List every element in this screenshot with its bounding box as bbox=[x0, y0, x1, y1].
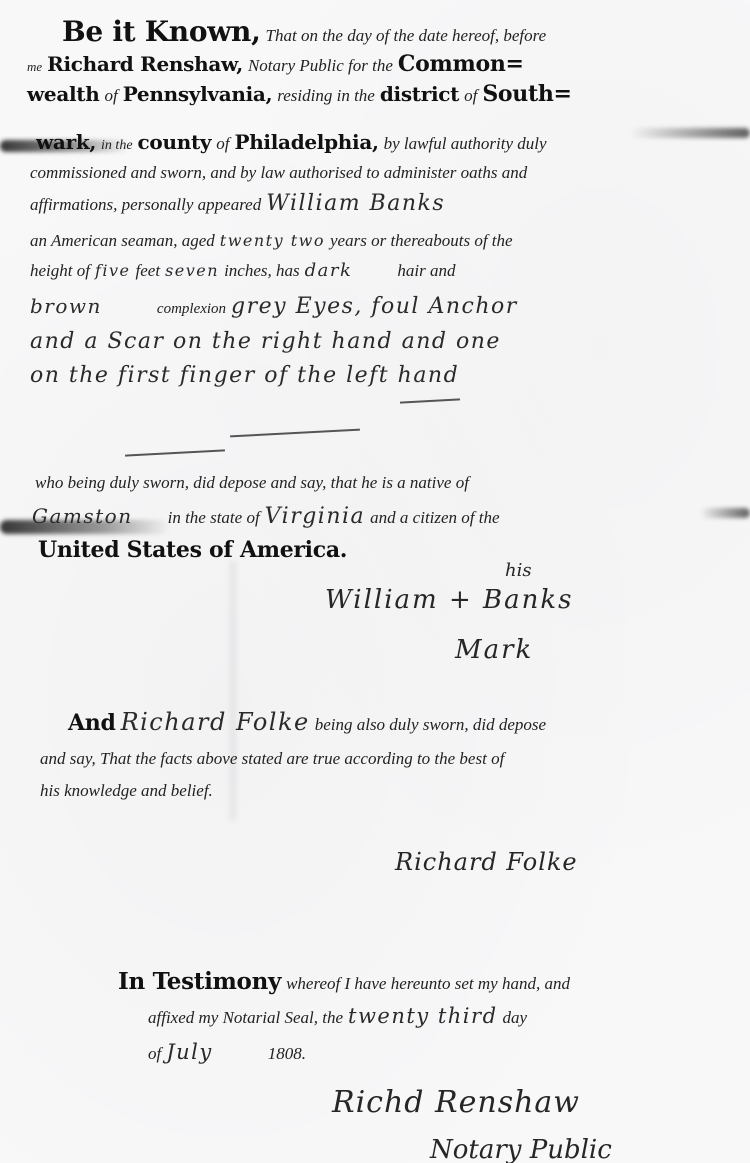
year-text: 1808. bbox=[268, 1044, 306, 1063]
appearer-name-handwritten: William Banks bbox=[266, 191, 445, 216]
preamble-text: affirmations, personally appeared bbox=[30, 195, 261, 214]
preamble-line-5: commissioned and sworn, and by law autho… bbox=[30, 160, 527, 185]
mark-signature-his: his bbox=[505, 560, 532, 581]
mark-signature-name: William + Banks bbox=[325, 585, 573, 615]
preamble-text: hair and bbox=[397, 261, 455, 280]
notary-signature: Richd Renshaw bbox=[332, 1085, 580, 1120]
height-inches-handwritten: seven bbox=[165, 261, 219, 280]
preamble-text: feet bbox=[136, 261, 161, 280]
preamble-line-3: wealth of Pennsylvania, residing in the … bbox=[27, 82, 572, 108]
paper-fold-shadow bbox=[230, 560, 236, 820]
notary-name: Richard Renshaw, bbox=[47, 52, 243, 76]
native-state-handwritten: Virginia bbox=[265, 504, 366, 529]
deposition-line-3: United States of America. bbox=[38, 538, 347, 563]
state-name: Pennsylvania, bbox=[123, 82, 273, 106]
mark-signature-mark: Mark bbox=[455, 635, 533, 665]
testimony-text: affixed my Notarial Seal, the bbox=[148, 1008, 343, 1027]
native-place-handwritten: Gamston bbox=[32, 504, 133, 528]
preamble-blackletter: county bbox=[138, 130, 212, 154]
preamble-blackletter: wealth bbox=[27, 82, 99, 106]
preamble-text: commissioned and sworn, and by law autho… bbox=[30, 163, 527, 182]
witness-text: his knowledge and belief. bbox=[40, 781, 213, 800]
witness-name-handwritten: Richard Folke bbox=[121, 708, 310, 736]
preamble-text: inches, has bbox=[224, 261, 300, 280]
deposition-text: and a citizen of the bbox=[370, 508, 499, 527]
witness-line-3: his knowledge and belief. bbox=[40, 778, 213, 803]
filler-dash bbox=[230, 429, 360, 438]
heading-be-it-known: Be it Known, bbox=[62, 15, 261, 48]
preamble-text: of bbox=[216, 134, 229, 153]
description-handwritten: and a Scar on the right hand and one bbox=[30, 329, 501, 354]
notary-title-signature: Notary Public bbox=[430, 1135, 612, 1163]
preamble-line-8: height of five feet seven inches, has da… bbox=[30, 258, 455, 283]
preamble-text: me bbox=[27, 59, 42, 74]
testimony-line-3: of July 1808. bbox=[148, 1040, 306, 1066]
preamble-text: height of bbox=[30, 261, 90, 280]
filler-dash bbox=[400, 398, 460, 403]
preamble-text: of bbox=[464, 86, 477, 105]
ink-smudge bbox=[630, 128, 750, 138]
preamble-line-1: Be it Known, That on the day of the date… bbox=[62, 20, 546, 48]
age-handwritten: twenty two bbox=[220, 231, 325, 250]
preamble-text: years or thereabouts of the bbox=[330, 231, 513, 250]
witness-text: and say, That the facts above stated are… bbox=[40, 749, 504, 768]
witness-line-1: And Richard Folke being also duly sworn,… bbox=[68, 710, 546, 737]
preamble-text: of bbox=[104, 86, 117, 105]
preamble-line-2: me Richard Renshaw, Notary Public for th… bbox=[27, 52, 524, 79]
deposition-text: in the state of bbox=[168, 508, 260, 527]
preamble-text: That on the day of the date hereof, befo… bbox=[266, 26, 547, 45]
testimony-text: of bbox=[148, 1044, 161, 1063]
description-handwritten: grey Eyes, foul Anchor bbox=[231, 294, 518, 319]
deposition-line-1: who being duly sworn, did depose and say… bbox=[35, 470, 469, 495]
deposition-text: who being duly sworn, did depose and say… bbox=[35, 473, 469, 492]
preamble-line-7: an American seaman, aged twenty two year… bbox=[30, 228, 513, 253]
preamble-line-4: wark, in the county of Philadelphia, by … bbox=[36, 130, 547, 158]
preamble-text: in the bbox=[101, 138, 133, 153]
preamble-text: by lawful authority duly bbox=[384, 134, 547, 153]
height-feet-handwritten: five bbox=[95, 261, 131, 280]
preamble-text: residing in the bbox=[277, 86, 375, 105]
testimony-line-2: affixed my Notarial Seal, the twenty thi… bbox=[148, 1004, 527, 1030]
witness-line-2: and say, That the facts above stated are… bbox=[40, 746, 504, 771]
document-page: Be it Known, That on the day of the date… bbox=[0, 0, 750, 1163]
preamble-line-6: affirmations, personally appeared Willia… bbox=[30, 192, 445, 217]
testimony-text: day bbox=[503, 1008, 528, 1027]
preamble-line-9: brown complexion grey Eyes, foul Anchor bbox=[30, 294, 518, 321]
testimony-text: whereof I have hereunto set my hand, and bbox=[286, 974, 570, 993]
preamble-line-10: and a Scar on the right hand and one bbox=[30, 330, 501, 354]
preamble-text: Notary Public for the bbox=[248, 56, 393, 75]
preamble-blackletter: district bbox=[380, 82, 459, 106]
preamble-text: complexion bbox=[157, 301, 226, 317]
witness-text: being also duly sworn, did depose bbox=[315, 715, 546, 734]
heading-and: And bbox=[68, 710, 116, 736]
description-handwritten: on the first finger of the left hand bbox=[30, 363, 459, 388]
preamble-blackletter: Common= bbox=[398, 51, 524, 77]
preamble-text: an American seaman, aged bbox=[30, 231, 215, 250]
preamble-blackletter: wark, bbox=[36, 130, 96, 154]
preamble-blackletter: South= bbox=[482, 81, 571, 107]
hair-color-handwritten: dark bbox=[305, 260, 353, 281]
testimony-line-1: In Testimony whereof I have hereunto set… bbox=[118, 970, 570, 996]
filler-dash bbox=[125, 449, 225, 456]
witness-signature: Richard Folke bbox=[395, 848, 578, 876]
day-handwritten: twenty third bbox=[348, 1004, 498, 1028]
preamble-line-11: on the first finger of the left hand bbox=[30, 364, 459, 388]
ink-smudge bbox=[700, 508, 750, 518]
heading-in-testimony: In Testimony bbox=[118, 968, 281, 995]
deposition-line-2: Gamston in the state of Virginia and a c… bbox=[32, 504, 500, 530]
month-handwritten: July bbox=[166, 1040, 213, 1064]
complexion-handwritten: brown bbox=[30, 294, 102, 318]
county-name: Philadelphia, bbox=[234, 130, 378, 154]
country-name: United States of America. bbox=[38, 537, 347, 563]
